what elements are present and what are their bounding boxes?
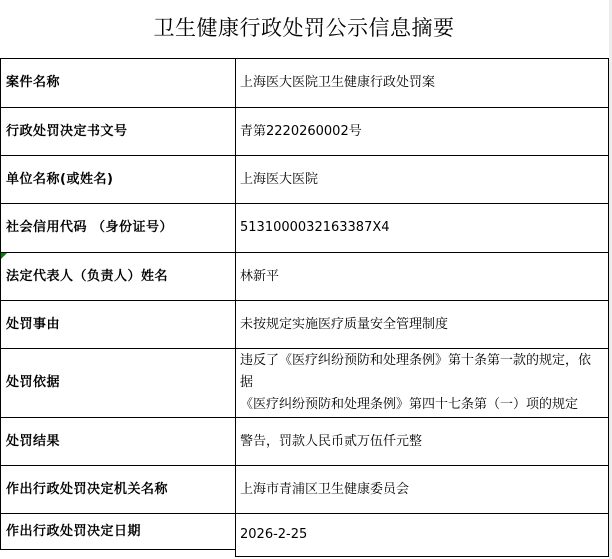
- table-row: 处罚事由未按规定实施医疗质量安全管理制度: [0, 300, 609, 348]
- page-title: 卫生健康行政处罚公示信息摘要: [0, 14, 608, 42]
- row-label: 作出行政处罚决定日期: [0, 513, 235, 550]
- row-value: 2026-2-25: [235, 513, 609, 557]
- table-row: 作出行政处罚决定日期2026-2-25: [0, 513, 609, 557]
- row-value: 林新平: [235, 252, 609, 300]
- penalty-summary-table: 案件名称上海医大医院卫生健康行政处罚案行政处罚决定书文号青第2220260002…: [0, 58, 609, 557]
- row-value: 上海市青浦区卫生健康委员会: [235, 465, 609, 513]
- row-label: 行政处罚决定书文号: [0, 107, 235, 155]
- row-label: 作出行政处罚决定机关名称: [0, 465, 235, 513]
- row-value: 青第2220260002号: [235, 107, 609, 155]
- row-value: 未按规定实施医疗质量安全管理制度: [235, 300, 609, 348]
- table-row: 社会信用代码 （身份证号）5131000032163387X4: [0, 203, 609, 252]
- row-label: 案件名称: [0, 58, 235, 107]
- row-label: 处罚依据: [0, 348, 235, 417]
- row-label: 社会信用代码 （身份证号）: [0, 203, 235, 252]
- row-value: 5131000032163387X4: [235, 203, 609, 252]
- row-label: 处罚结果: [0, 417, 235, 465]
- table-row: 处罚结果警告，罚款人民币贰万伍仟元整: [0, 417, 609, 465]
- table-row: 案件名称上海医大医院卫生健康行政处罚案: [0, 58, 609, 107]
- cell-flag-icon: [1, 253, 7, 259]
- table-row: 行政处罚决定书文号青第2220260002号: [0, 107, 609, 155]
- table-row: 单位名称(或姓名)上海医大医院: [0, 155, 609, 203]
- row-label: 单位名称(或姓名): [0, 155, 235, 203]
- table-row: 作出行政处罚决定机关名称上海市青浦区卫生健康委员会: [0, 465, 609, 513]
- row-value: 上海医大医院: [235, 155, 609, 203]
- row-value: 违反了《医疗纠纷预防和处理条例》第十条第一款的规定，依据 《医疗纠纷预防和处理条…: [235, 348, 609, 417]
- table-row: 法定代表人（负责人）姓名林新平: [0, 252, 609, 300]
- document-page: 卫生健康行政处罚公示信息摘要 案件名称上海医大医院卫生健康行政处罚案行政处罚决定…: [0, 0, 612, 559]
- row-value: 上海医大医院卫生健康行政处罚案: [235, 58, 609, 107]
- row-label: 处罚事由: [0, 300, 235, 348]
- row-label: 法定代表人（负责人）姓名: [0, 252, 235, 300]
- row-value: 警告，罚款人民币贰万伍仟元整: [235, 417, 609, 465]
- table-row: 处罚依据违反了《医疗纠纷预防和处理条例》第十条第一款的规定，依据 《医疗纠纷预防…: [0, 348, 609, 417]
